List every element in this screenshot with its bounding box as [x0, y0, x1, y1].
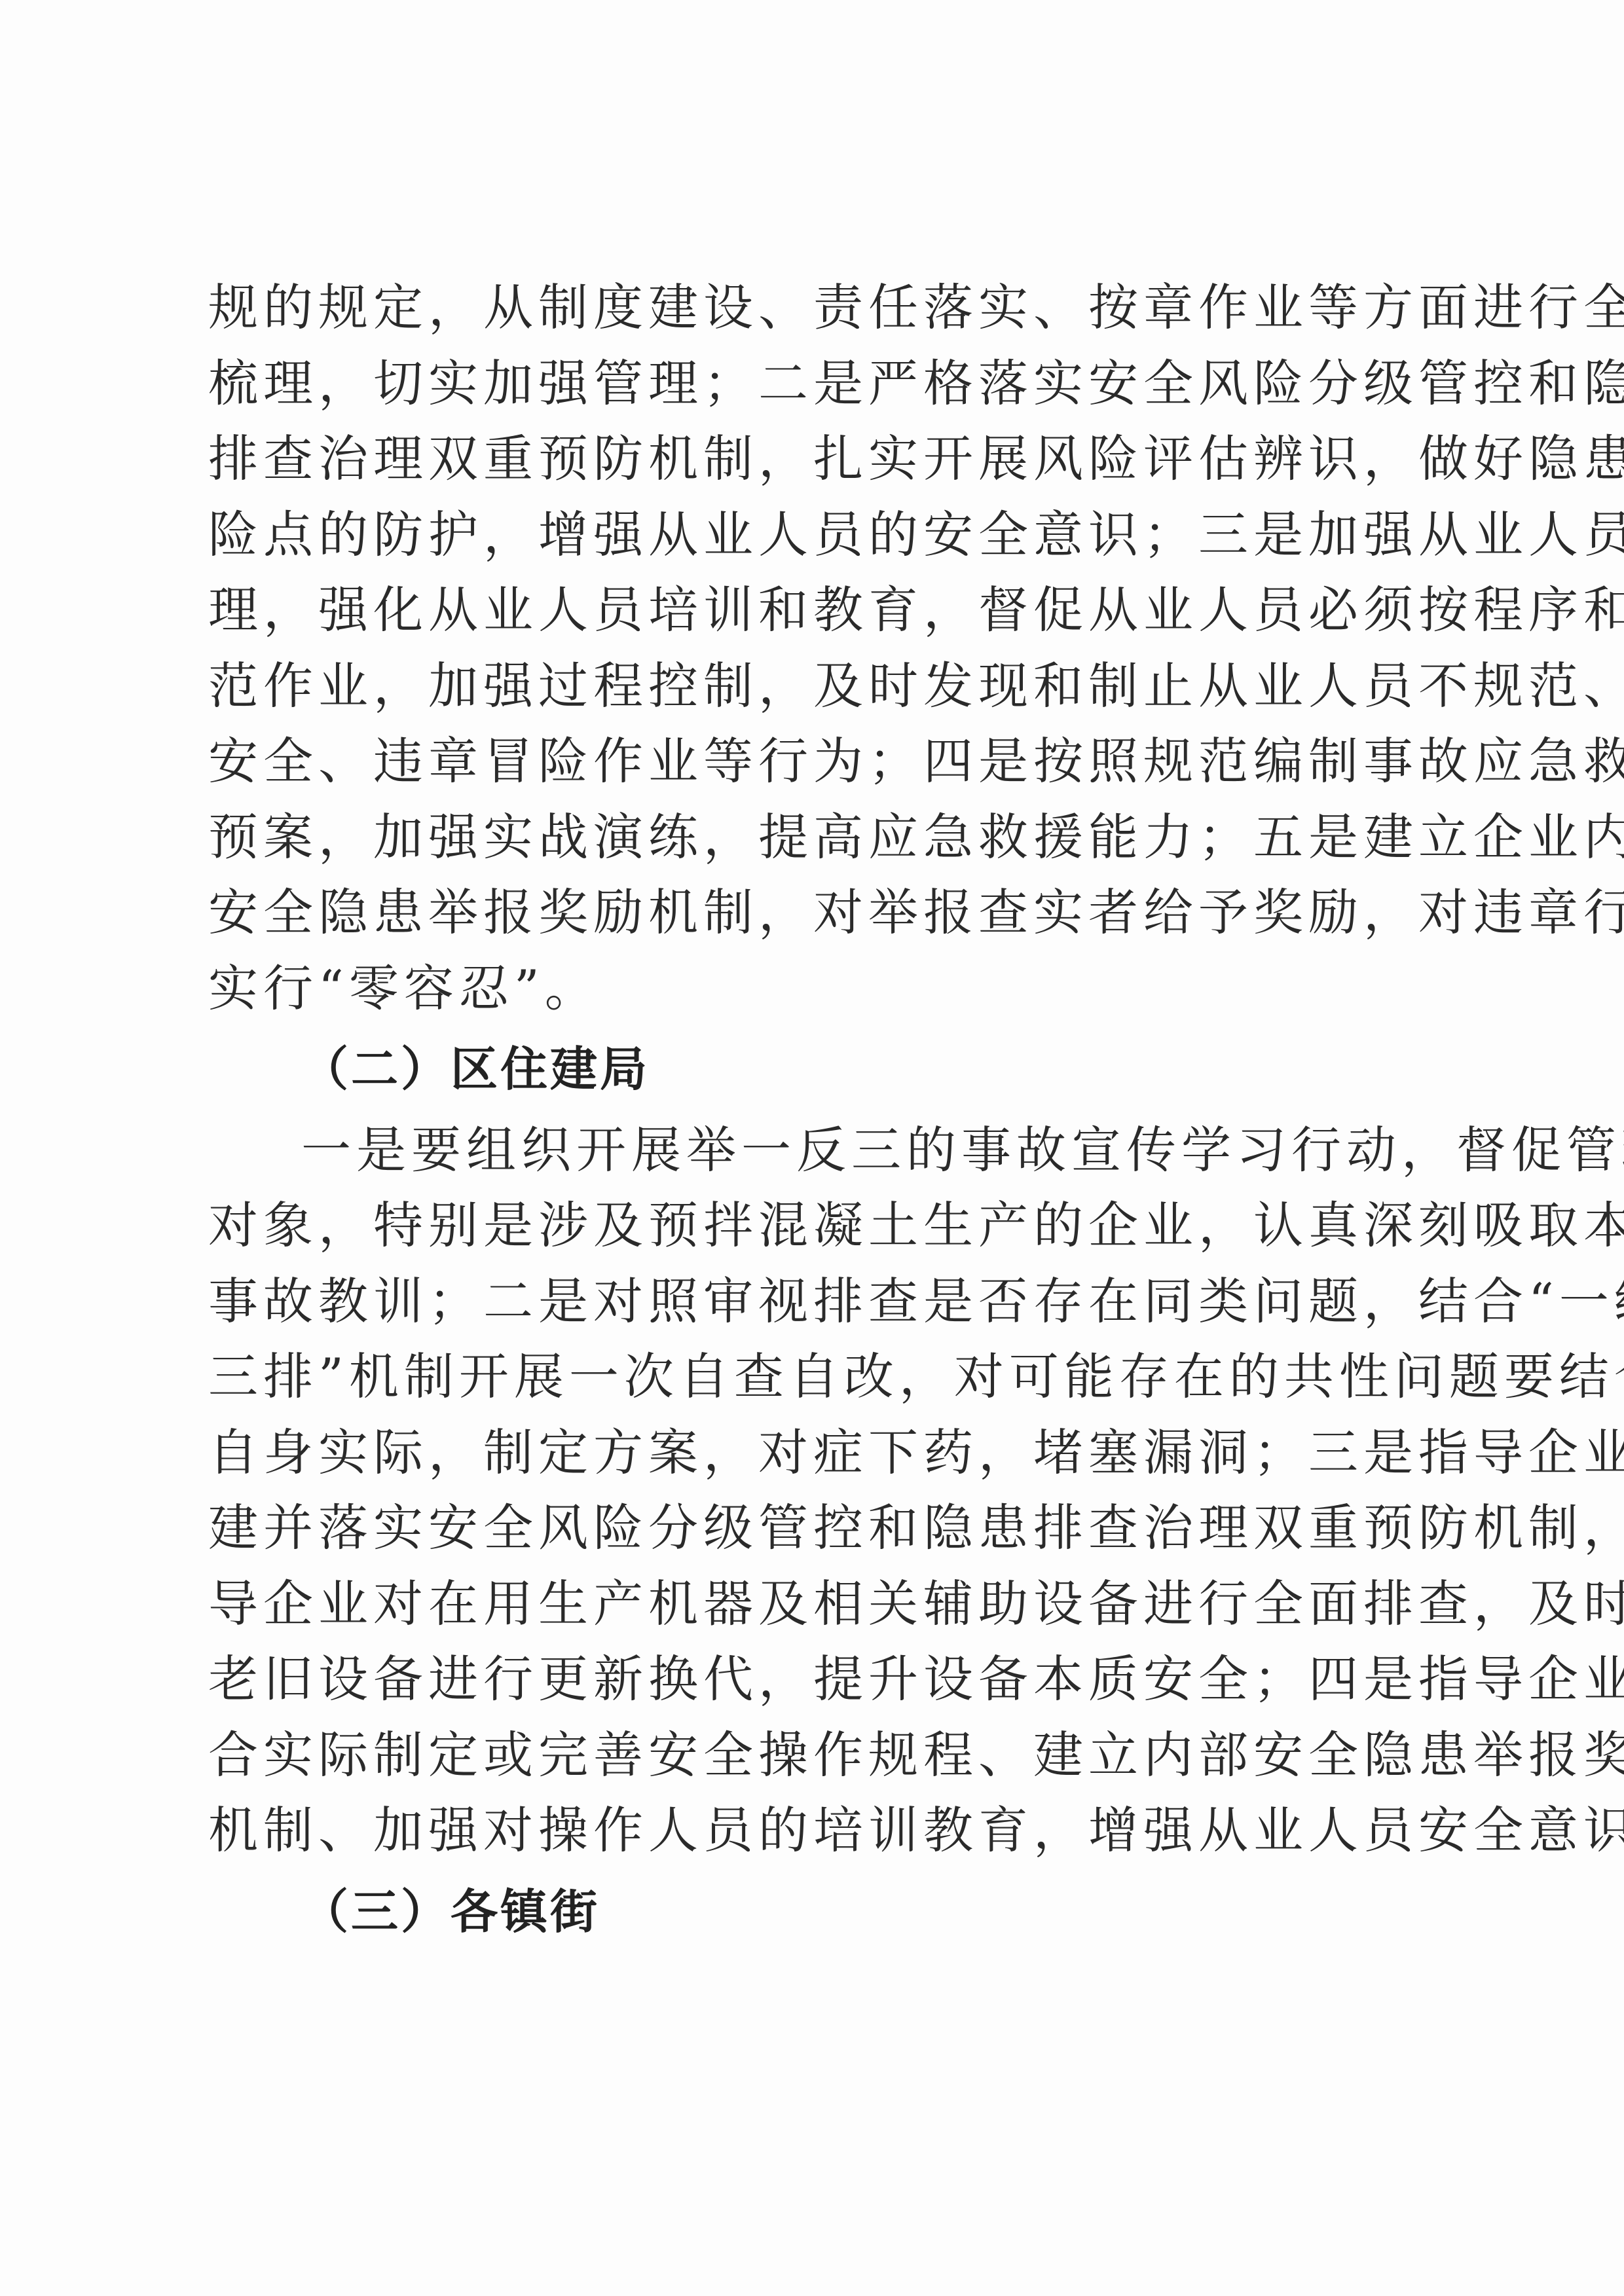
- paragraph-line: 对象，特别是涉及预拌混凝土生产的企业，认真深刻吸取本起: [208, 1194, 1393, 1257]
- paragraph-line: 自身实际，制定方案，对症下药，堵塞漏洞；三是指导企业构: [208, 1421, 1393, 1484]
- section-heading-3: （三）各镇街: [301, 1880, 600, 1943]
- paragraph-line: 范作业，加强过程控制，及时发现和制止从业人员不规范、不: [208, 655, 1393, 718]
- paragraph-line: 建并落实安全风险分级管控和隐患排查治理双重预防机制，引: [208, 1497, 1393, 1559]
- paragraph-line: 理，强化从业人员培训和教育，督促从业人员必须按程序和规: [208, 579, 1393, 642]
- paragraph-line: 规的规定，从制度建设、责任落实、按章作业等方面进行全面: [208, 276, 1393, 339]
- paragraph-line: 三排”机制开展一次自查自改，对可能存在的共性问题要结合: [208, 1345, 1393, 1408]
- paragraph-line: 安全隐患举报奖励机制，对举报查实者给予奖励，对违章行为: [208, 881, 1393, 944]
- section-heading-2: （二）区住建局: [301, 1038, 650, 1101]
- paragraph-line: 预案，加强实战演练，提高应急救援能力；五是建立企业内部: [208, 806, 1393, 869]
- paragraph-line: 险点的防护，增强从业人员的安全意识；三是加强从业人员管: [208, 503, 1393, 566]
- paragraph-line: 老旧设备进行更新换代，提升设备本质安全；四是指导企业结: [208, 1648, 1393, 1711]
- paragraph-line: 梳理，切实加强管理；二是严格落实安全风险分级管控和隐患: [208, 352, 1393, 415]
- document-page: 规的规定，从制度建设、责任落实、按章作业等方面进行全面 梳理，切实加强管理；二是…: [0, 0, 1624, 2296]
- paragraph-line: 排查治理双重预防机制，扎实开展风险评估辨识，做好隐患风: [208, 428, 1393, 490]
- paragraph-line: 导企业对在用生产机器及相关辅助设备进行全面排查，及时对: [208, 1573, 1393, 1635]
- paragraph-line: 安全、违章冒险作业等行为；四是按照规范编制事故应急救援: [208, 730, 1393, 793]
- paragraph-line: 合实际制定或完善安全操作规程、建立内部安全隐患举报奖励: [208, 1724, 1393, 1787]
- paragraph-line: 一是要组织开展举一反三的事故宣传学习行动，督促管理: [301, 1119, 1393, 1182]
- paragraph-line: 事故教训；二是对照审视排查是否存在同类问题，结合“一线: [208, 1270, 1393, 1333]
- paragraph-line-last: 实行“零容忍”。: [208, 957, 1393, 1020]
- paragraph-line-last: 机制、加强对操作人员的培训教育，增强从业人员安全意识。: [208, 1799, 1393, 1862]
